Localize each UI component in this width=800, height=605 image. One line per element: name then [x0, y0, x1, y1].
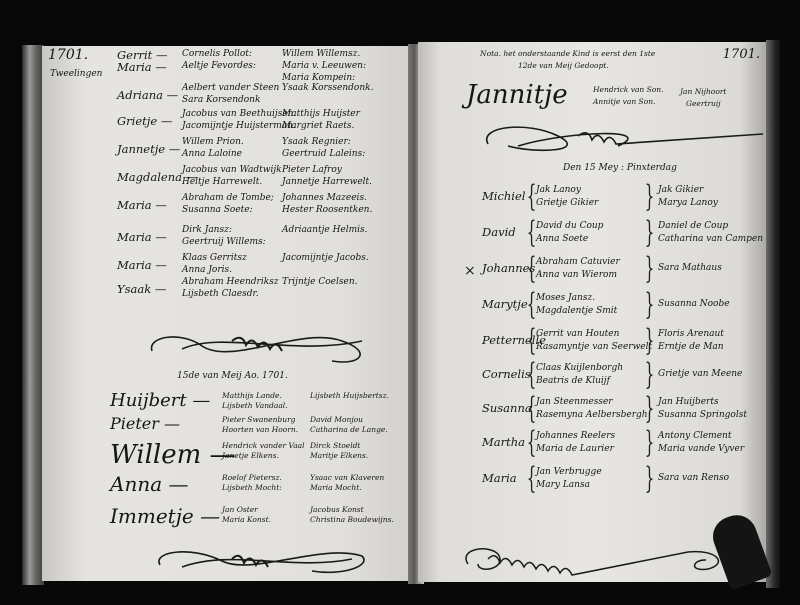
entry-parent: Geertruij Willems: — [182, 238, 266, 247]
note-line-2: 12de van Meij Gedoopt. — [518, 62, 609, 70]
entry-parent: Anna Joris. — [182, 266, 232, 275]
entry-witness: Grietje van Meene — [658, 370, 742, 379]
special-entry-parent-1: Hendrick van Son. — [593, 86, 664, 94]
entry-parent: Gerrit van Houten — [536, 330, 619, 339]
book-binding-left — [22, 45, 44, 585]
entry-child-name: David — [482, 227, 516, 239]
entry-parent: Roelof Pietersz. — [222, 474, 282, 482]
entry-parent: Dirk Jansz: — [182, 226, 232, 235]
entry-witness: Dirck Stoeldt — [310, 442, 360, 450]
entry-witness: Willem Willemsz. — [282, 50, 360, 59]
entry-parent: Pieter Swanenburg — [222, 416, 295, 424]
entry-parent: Abraham de Tombe; — [182, 194, 274, 203]
entry-parent: Susanna Soete: — [182, 206, 253, 215]
brace-left: { — [527, 428, 537, 458]
special-entry-witness-2: Geertruij — [686, 100, 721, 108]
entry-parent: Jan Verbrugge — [536, 468, 602, 477]
entry-child-name: Grietje — — [117, 116, 172, 128]
entry-child-name: Immetje — — [110, 506, 220, 526]
entry-witness: Adriaantje Helmis. — [282, 226, 368, 235]
brace-left: { — [527, 254, 537, 284]
right-page: 1701. Nota. het onderstaande Kind is eer… — [418, 42, 768, 582]
entry-parent: Maria de Laurier — [536, 445, 614, 454]
entry-witness: Matthijs Huijster — [282, 110, 360, 119]
entry-child-name: Maria — — [117, 62, 167, 74]
entry-witness: Susanna Springolst — [658, 411, 747, 420]
entry-parent: David du Coup — [536, 222, 603, 231]
entry-witness: Ysaak Regnier: — [282, 138, 351, 147]
entry-parent: Jacomijntje Huijsterman. — [182, 122, 296, 131]
entry-witness: Hester Roosentken. — [282, 206, 372, 215]
page-year: 1701. — [48, 48, 88, 62]
entry-parent: Johannes Reelers — [536, 432, 615, 441]
entry-parent: Willem Prion. — [182, 138, 244, 147]
entry-parent: Aeltje Fevordes: — [182, 62, 256, 71]
entry-parent: Klaas Gerritsz — [182, 254, 247, 263]
entry-parent: Jacobus van Wadtwijk — [182, 166, 282, 175]
entry-parent: Mary Lansa — [536, 481, 590, 490]
left-page: 1701. Tweelingen Gerrit —Cornelis Pollot… — [42, 46, 412, 581]
book-edge-right — [766, 40, 780, 588]
entry-witness: Catharina de Lange. — [310, 426, 388, 434]
entry-parent: Jacobus van Beethuijsen. — [182, 110, 296, 119]
entry-witness: Jannetje Harrewelt. — [282, 178, 372, 187]
entry-parent: Janetje Elkens. — [222, 452, 279, 460]
brace-left: { — [527, 464, 537, 494]
entry-child-name: Susanna — [482, 403, 532, 415]
brace-right: } — [645, 290, 655, 320]
section-date: Den 15 Mey : Pinxterdag — [563, 164, 677, 173]
brace-right: } — [645, 182, 655, 212]
brace-left: { — [527, 326, 537, 356]
entry-parent: Hendrick vander Vaal — [222, 442, 305, 450]
entry-child-name: Martha — [482, 437, 525, 449]
entry-parent: Aelbert vander Steen — [182, 84, 279, 93]
entry-child-name: Marytje — [482, 299, 528, 311]
entry-witness: Marya Lanoy — [658, 199, 718, 208]
entry-parent: Rasemyna Aelbersbergh — [536, 411, 648, 420]
brace-right: } — [645, 218, 655, 248]
entry-child-name: Anna — — [110, 474, 189, 494]
entry-child-name: Adriana — — [117, 90, 178, 102]
entry-witness: Pieter Lafroy — [282, 166, 342, 175]
entry-witness: Erntje de Man — [658, 343, 724, 352]
entry-parent: Lijsbeth Vandaal. — [222, 402, 288, 410]
entry-witness: Catharina van Campen — [658, 235, 763, 244]
section-date: 15de van Meij Ao. 1701. — [177, 372, 288, 381]
entry-parent: Jak Lanoy — [536, 186, 581, 195]
entry-witness: Maritje Elkens. — [310, 452, 368, 460]
entry-parent: Hoorten van Hoorn. — [222, 426, 298, 434]
brace-right: } — [645, 254, 655, 284]
brace-right: } — [645, 360, 655, 390]
entry-parent: Lijsbeth Claesdr. — [182, 290, 259, 299]
entry-witness: Johannes Mazeeis. — [282, 194, 367, 203]
entry-parent: Magdalentje Smit — [536, 307, 617, 316]
entry-child-name: Maria — [482, 473, 517, 485]
entry-witness: Jak Gikier — [658, 186, 703, 195]
entry-witness: Christina Boudewijns. — [310, 516, 394, 524]
entry-child-name: Maria — — [117, 232, 167, 244]
margin-note-twins: Tweelingen — [50, 70, 102, 79]
entry-parent: Jan Oster — [222, 506, 258, 514]
special-entry-child: Jannitje — [466, 82, 568, 108]
entry-parent: Maria Konst. — [222, 516, 271, 524]
brace-left: { — [527, 394, 537, 424]
brace-left: { — [527, 360, 537, 390]
entry-parent: Beatris de Kluijf — [536, 377, 610, 386]
entry-witness: Susanna Noobe — [658, 300, 730, 309]
brace-right: } — [645, 326, 655, 356]
entry-child-name: Pieter — — [110, 416, 180, 432]
entry-parent: Rasamyntje van Seerwelt — [536, 343, 652, 352]
brace-left: { — [527, 218, 537, 248]
entry-parent: Matthijs Lande. — [222, 392, 282, 400]
entry-parent: Sara Korsendonk — [182, 96, 260, 105]
entry-parent: Anna Soete — [536, 235, 588, 244]
entry-witness: Maria Mocht. — [310, 484, 362, 492]
special-entry-witness-1: Jan Nijhoort — [680, 88, 726, 96]
entry-parent: Abraham Heendriksz — [182, 278, 279, 287]
entry-parent: Anna van Wierom — [536, 271, 617, 280]
entry-witness: David Monjou — [310, 416, 363, 424]
entry-witness: Jacomijntje Jacobs. — [282, 254, 369, 263]
entry-parent: Lijsbeth Mocht: — [222, 484, 282, 492]
entry-witness: Geertruid Laleins: — [282, 150, 365, 159]
entry-marker-cross: × — [464, 264, 476, 278]
entry-child-name: Willem — — [110, 442, 236, 468]
brace-right: } — [645, 464, 655, 494]
entry-witness: Maria vande Vyver — [658, 445, 744, 454]
brace-right: } — [645, 428, 655, 458]
entry-witness: Trijntje Coelsen. — [282, 278, 357, 287]
entry-witness: Jan Huijberts — [658, 398, 719, 407]
entry-child-name: Cornelis — [482, 369, 531, 381]
entry-witness: Margriet Raets. — [282, 122, 354, 131]
entry-parent: Claas Kuijlenborgh — [536, 364, 623, 373]
entry-witness: Daniel de Coup — [658, 222, 728, 231]
entry-parent: Cornelis Pollot: — [182, 50, 252, 59]
page-year: 1701. — [723, 48, 760, 61]
entry-child-name: Jannetje — — [117, 144, 180, 156]
entry-child-name: Michiel — [482, 191, 525, 203]
flourish-divider — [478, 116, 763, 156]
entry-child-name: Huijbert — — [110, 392, 210, 410]
entry-parent: Heltje Harrewelt. — [182, 178, 262, 187]
entry-witness: Sara van Renso — [658, 474, 729, 483]
flourish-divider — [142, 321, 382, 371]
flourish-divider-bottom — [458, 544, 738, 579]
brace-left: { — [527, 182, 537, 212]
flourish-divider-bottom — [152, 541, 372, 581]
entry-witness: Lijsbeth Huijsbertsz. — [310, 392, 389, 400]
entry-witness: Jacobus Konst — [310, 506, 364, 514]
brace-left: { — [527, 290, 537, 320]
entry-child-name: Maria — — [117, 200, 167, 212]
entry-witness: Antony Clement — [658, 432, 731, 441]
note-line-1: Nota. het onderstaande Kind is eerst den… — [480, 50, 655, 58]
entry-witness: Maria Kompein: — [282, 74, 355, 83]
special-entry-parent-2: Annitje van Son. — [593, 98, 655, 106]
entry-witness: Ysaak Korssendonk. — [282, 84, 373, 93]
entry-child-name: Maria — — [117, 260, 167, 272]
entry-parent: Jan Steenmesser — [536, 398, 613, 407]
entry-witness: Maria v. Leeuwen: — [282, 62, 366, 71]
entry-parent: Anna Laloine — [182, 150, 242, 159]
entry-witness: Floris Arenaut — [658, 330, 724, 339]
entry-witness: Ysaac van Klaveren — [310, 474, 384, 482]
entry-parent: Grietje Gikier — [536, 199, 598, 208]
entry-parent: Abraham Catuvier — [536, 258, 620, 267]
brace-right: } — [645, 394, 655, 424]
entry-parent: Moses Jansz. — [536, 294, 595, 303]
register-scan: 1701. Tweelingen Gerrit —Cornelis Pollot… — [0, 0, 800, 605]
entry-witness: Sara Mathaus — [658, 264, 722, 273]
entry-child-name: Ysaak — — [117, 284, 166, 296]
